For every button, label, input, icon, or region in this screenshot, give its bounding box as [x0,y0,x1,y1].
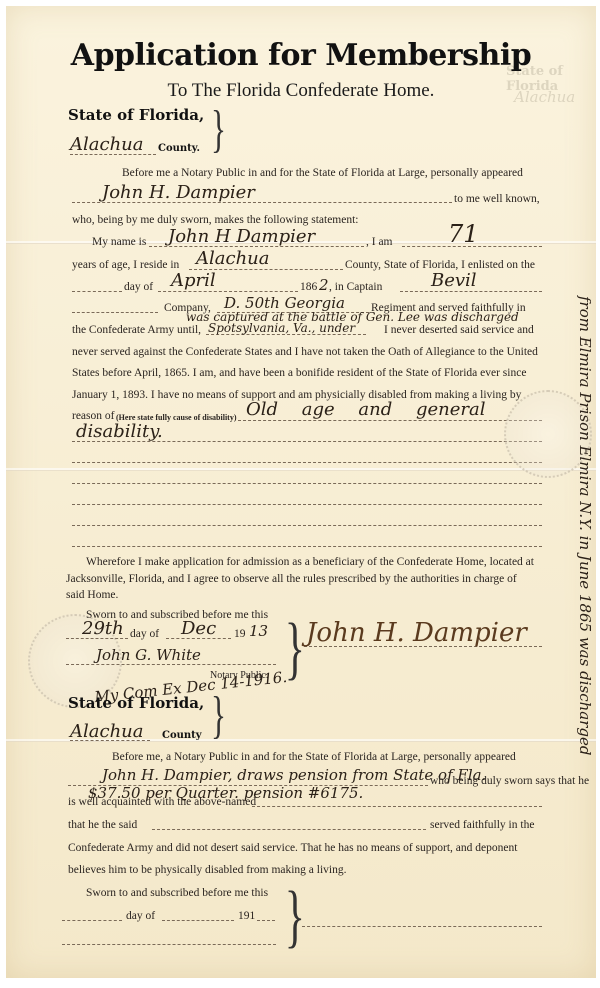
reason-line-5 [72,504,542,505]
jurat1-year-value: 13 [249,622,268,640]
my-name-label: My name is [92,236,146,248]
venue2-brace: } [211,690,226,742]
residence-value: Alachua [196,248,270,269]
venue2-county-value: Alachua [70,721,144,742]
deponent-appeared-value: John H. Dampier, draws pension from Stat… [102,766,486,784]
affidavit-intro: Before me a Notary Public in and for the… [122,167,523,179]
acquainted-line [252,806,542,807]
jurat1-month-value: Dec [181,618,216,639]
jurat2-sworn-label: Sworn to and subscribed before me this [86,887,268,899]
oath-line: never served against the Confederate Sta… [72,346,538,358]
my-name-value: John H Dampier [168,226,315,247]
jurat1-notary-line [66,664,276,665]
venue2-state: State of Florida, [68,694,204,712]
reason-line-3 [72,462,542,463]
jurat1-day-value: 29th [82,618,124,639]
wherefore-line-3: said Home. [66,589,118,601]
jurat1-brace: } [285,614,305,684]
army-until-label: the Confederate Army until, [72,324,201,336]
reason-line-4 [72,483,542,484]
enlist-month-value: April [171,270,216,291]
reason-line-6 [72,525,542,526]
resident-line: States before April, 1865. I am, and hav… [72,367,526,379]
applicant-signature: John H. Dampier [306,618,527,648]
appeared-name: John H. Dampier [102,182,255,203]
captain-line [400,291,542,292]
jurat1-day-of-label: day of [130,628,159,640]
sworn-line: who, being by me duly sworn, makes the f… [72,214,359,226]
years-label: years of age, I reside in [72,259,179,271]
document-page: State of Florida Alachua Application for… [6,6,596,978]
well-known-label: to me well known, [454,193,540,205]
notary-signature: John G. White [96,646,201,664]
said-line [152,829,426,830]
reason-line-1 [238,420,542,421]
reason-line-7 [72,546,542,547]
venue-brace: } [211,104,226,156]
jurat2-year-prefix: 191 [238,910,255,922]
wherefore-line-1: Wherefore I make application for admissi… [86,556,534,568]
captain-label: , in Captain [329,281,382,293]
enlist-day-line [72,291,122,292]
jurat2-notary-line [62,944,276,945]
enlist-year-prefix: 186 [300,281,317,293]
page-subtitle: To The Florida Confederate Home. [6,80,596,102]
company-prefix-line [72,312,158,313]
deponent-sworn-says: who being duly sworn says that he [430,775,589,787]
captain-value: Bevil [431,270,477,291]
acquainted-value: $37.50 per Quarter. pension #6175. [88,784,363,802]
paper-fold [6,468,596,471]
enlist-month-line [158,291,298,292]
deponent-intro: Before me, a Notary Public in and for th… [112,751,516,763]
deponent-army-line: Confederate Army and did not desert said… [68,842,517,854]
jurat2-month-line [162,920,234,921]
reason-value-2: disability. [76,421,163,442]
deponent-believes-line: believes him to be physically disabled f… [68,864,347,876]
jurat2-year-line [257,920,275,921]
venue-county-label: County. [158,143,200,154]
until-value: Spotsylvania, Va., under [208,321,355,335]
venue2-county-label: County [162,730,202,741]
said-label: that he the said [68,819,137,831]
jurat1-year-prefix: 19 [234,628,246,640]
enlist-year-value: 2 [319,276,329,294]
margin-note: from Elmira Prison Elmira N.Y. in June 1… [576,296,594,766]
venue-county-value: Alachua [70,134,144,155]
i-am-label: , I am [366,236,393,248]
jurat2-brace: } [285,882,305,952]
page-title: Application for Membership [6,38,596,73]
venue-county-line [70,154,156,155]
never-deserted: I never deserted said service and [384,324,534,336]
venue2-county-line [70,740,150,741]
venue-state: State of Florida, [68,106,204,124]
served-label: served faithfully in the [430,819,534,831]
jurat2-day-line [62,920,122,921]
age-value: 71 [448,220,479,248]
jurat2-signature-line [302,926,542,927]
wherefore-line-2: Jacksonville, Florida, and I agree to ob… [66,573,517,585]
reason-value-1: Old age and general [246,399,485,420]
jurat2-day-of-label: day of [126,910,155,922]
day-of-label: day of [124,281,153,293]
